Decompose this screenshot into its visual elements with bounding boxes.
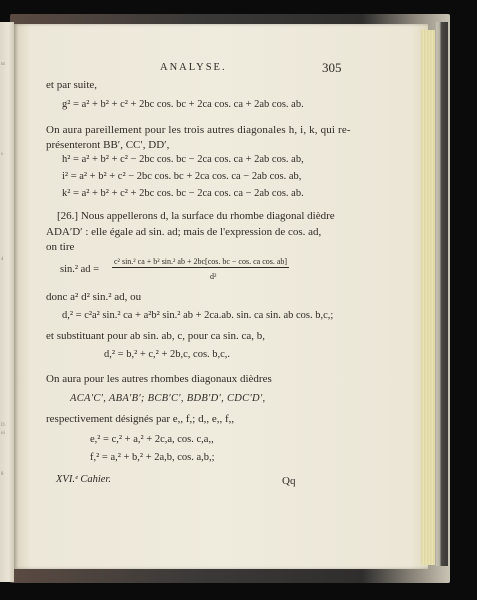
text-line: et par suite, <box>46 79 97 91</box>
equation-sin-ad-lhs: sin.² ad = <box>60 264 99 275</box>
rhombi-list: ACA′C′, ABA′B′; BCB′C′, BDB′D′, CDC′D′, <box>70 393 265 404</box>
equation-d-squared: d,² = c²a² sin.² ca + a²b² sin.² ab + 2c… <box>62 310 333 321</box>
text-line: on tire <box>46 241 74 253</box>
equation-g: g² = a² + b² + c² + 2bc cos. bc + 2ca co… <box>62 99 304 110</box>
equation-k: k² = a² + b² + c² + 2bc cos. bc − 2ca co… <box>62 188 304 199</box>
equation-d-reduced: d,² = b,² + c,² + 2b,c, cos. b,c,. <box>104 349 230 360</box>
facing-page-fragment: D. <box>1 423 6 429</box>
equation-sin-ad-denominator: d² <box>210 272 216 281</box>
running-head: ANALYSE. <box>160 62 227 73</box>
text-line: et substituant pour ab sin. ab, c, pour … <box>46 330 265 342</box>
equation-sin-ad-numerator: c² sin.² ca + b² sin.² ab + 2bc[cos. bc … <box>112 257 289 268</box>
text-line: respectivement désignés par e,, f,; d,, … <box>46 413 234 425</box>
book-cover-edge <box>436 22 448 566</box>
section-26-text: [26.] Nous appellerons d, la surface du … <box>57 210 335 222</box>
facing-page-fragment: s <box>1 152 3 158</box>
facing-page-fragment: ui <box>1 431 5 437</box>
equation-e: e,² = c,² + a,² + 2c,a, cos. c,a,, <box>90 434 214 445</box>
facing-page-edge: ut s 4 D. ui 8 <box>0 22 14 582</box>
text-line: ADA′D′ : elle égale ad sin. ad; mais de … <box>46 226 321 238</box>
facing-page-fragment: ut <box>1 62 5 68</box>
page-number: 305 <box>322 60 342 76</box>
text-line: présenteront BB′, CC′, DD′, <box>46 139 169 151</box>
equation-f: f,² = a,² + b,² + 2a,b, cos. a,b,; <box>90 452 215 463</box>
page-fore-edge <box>421 30 435 565</box>
cahier-label: XVI.ᵉ Cahier. <box>56 474 111 485</box>
text-line: donc a² d² sin.² ad, ou <box>46 291 141 303</box>
equation-i: i² = a² + b² + c² − 2bc cos. bc + 2ca co… <box>62 171 301 182</box>
text-line: On aura pour les autres rhombes diagonau… <box>46 373 272 385</box>
facing-page-fragment: 4 <box>1 257 4 263</box>
facing-page-fragment: 8 <box>1 472 4 478</box>
text-line: On aura pareillement pour les trois autr… <box>46 124 351 136</box>
signature-mark: Qq <box>282 475 295 487</box>
equation-h: h² = a² + b² + c² − 2bc cos. bc − 2ca co… <box>62 154 304 165</box>
